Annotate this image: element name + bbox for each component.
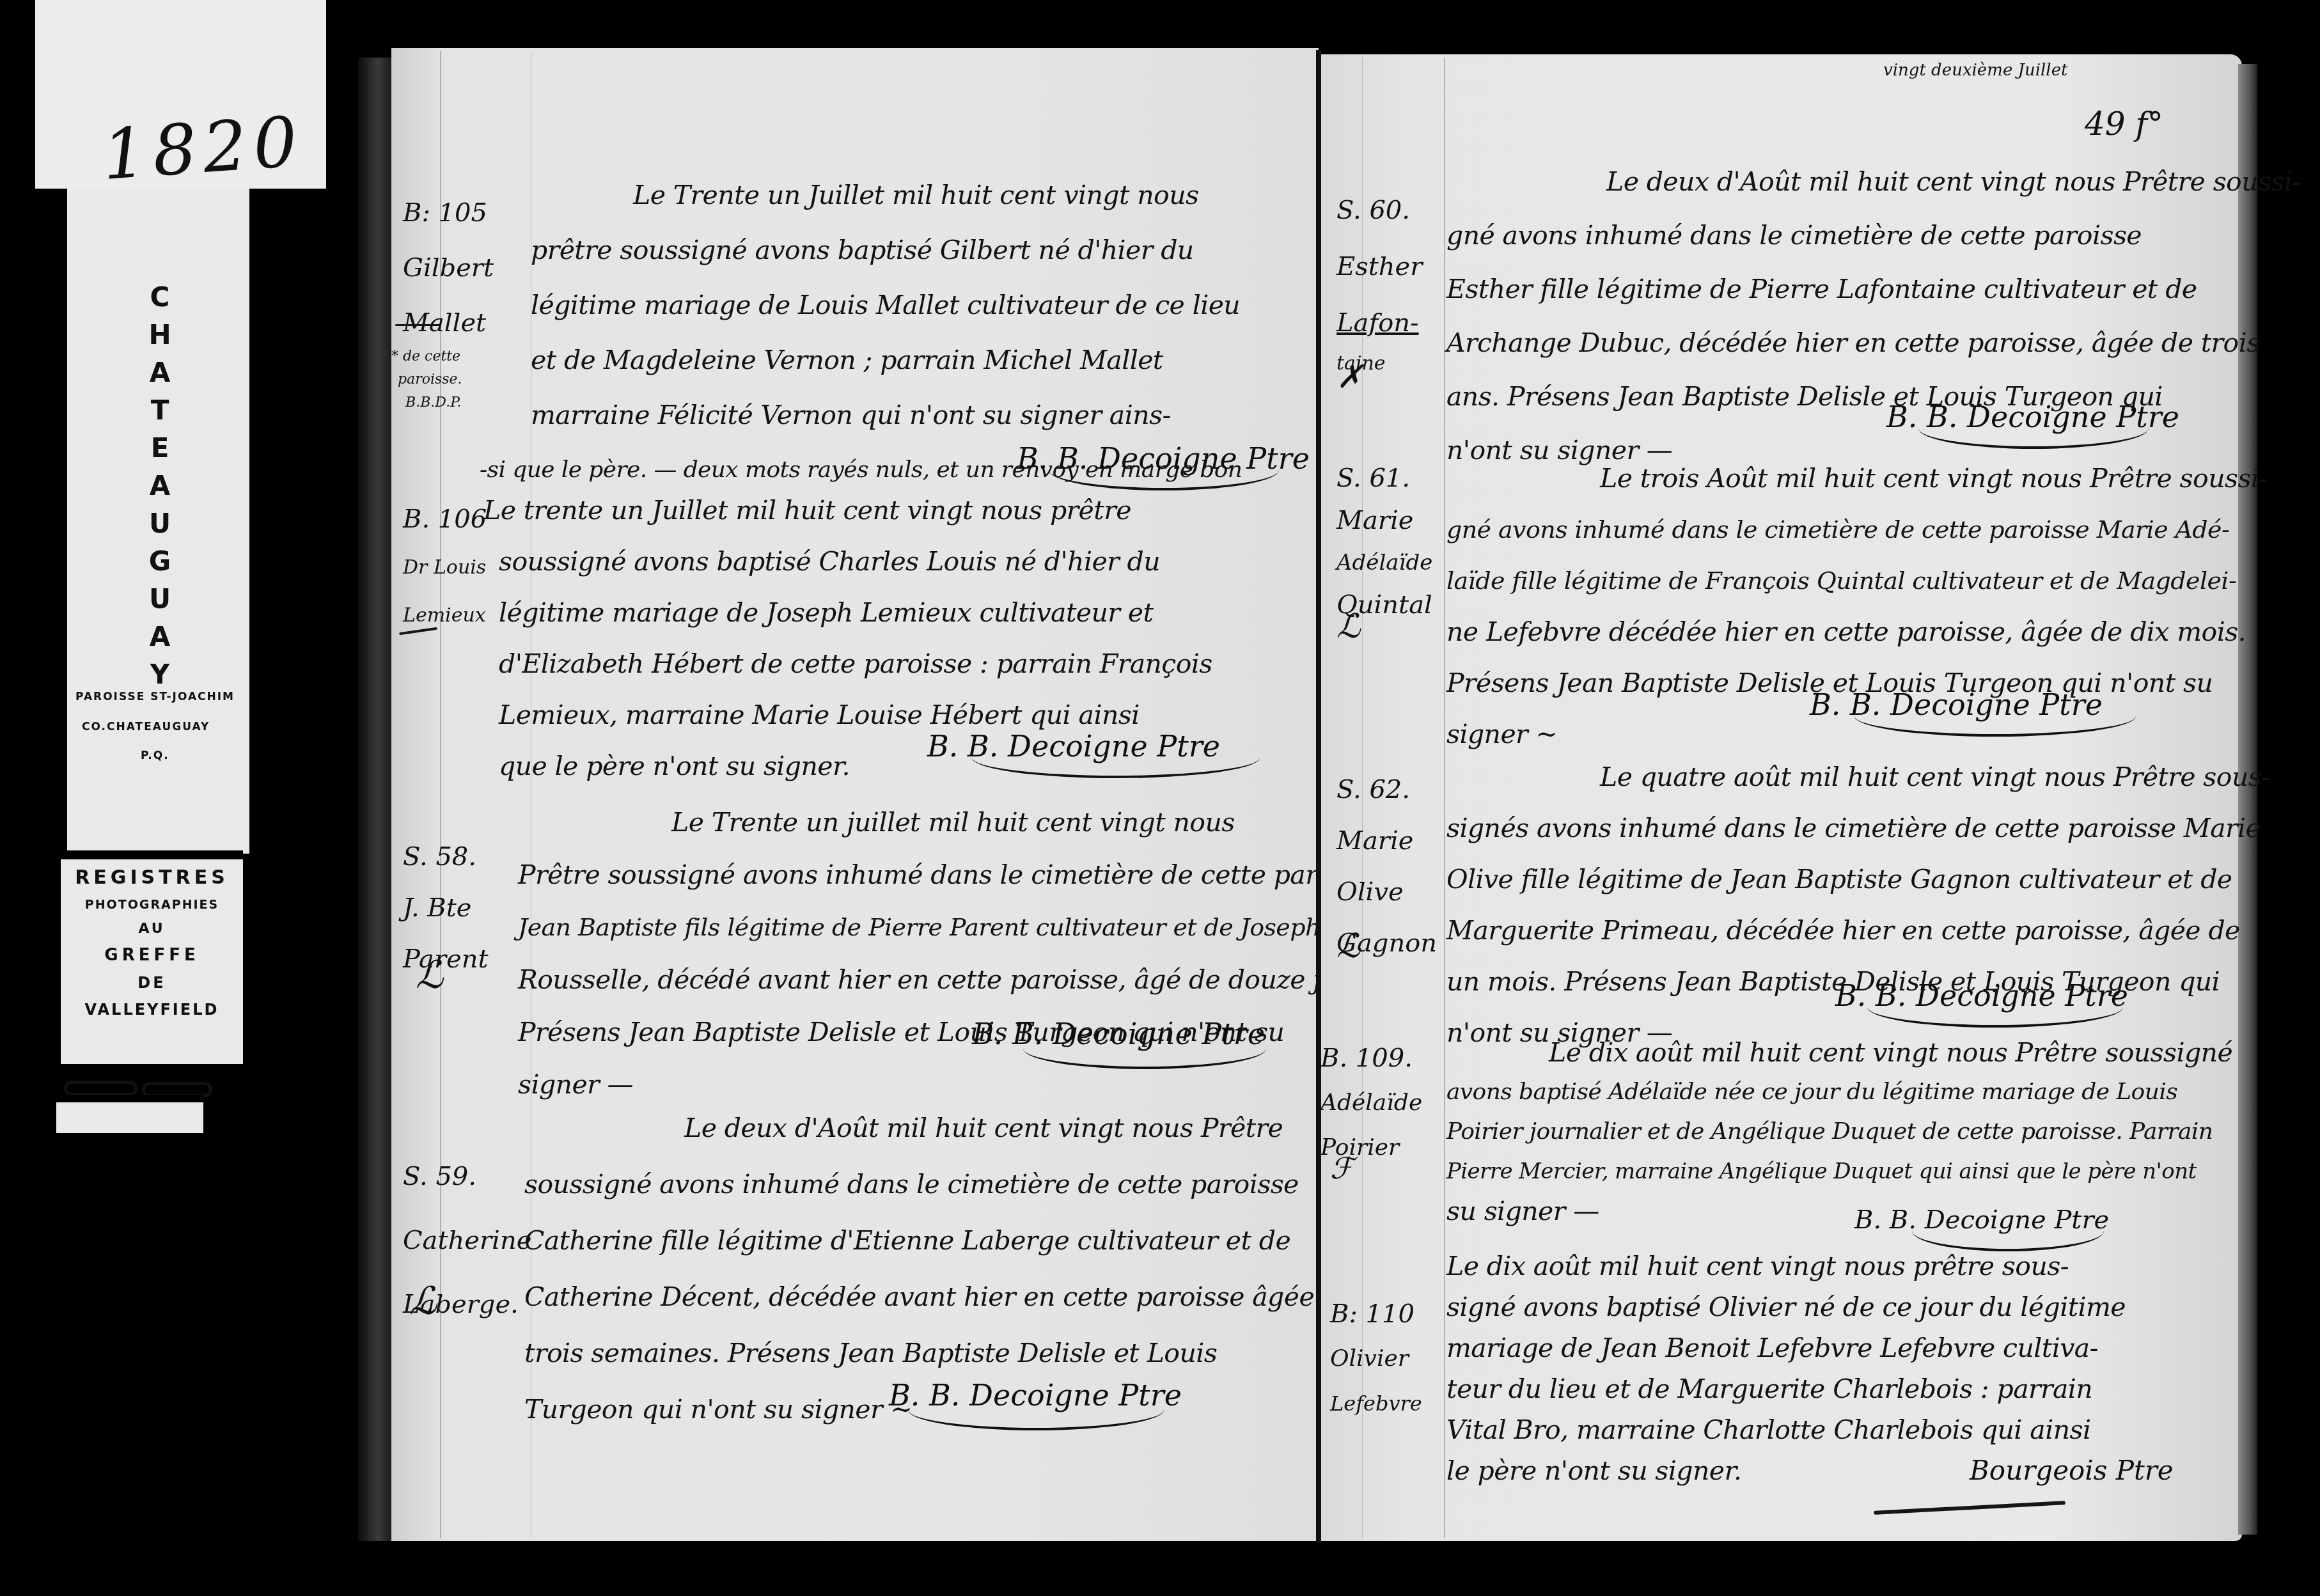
registry-line: REGISTRES: [75, 866, 229, 889]
entry-line: Le trois Août mil huit cent vingt nous P…: [1446, 453, 2268, 504]
entry-line: mariage de Jean Benoit Lefebvre Lefebvre…: [1446, 1327, 2126, 1368]
place-letter: E: [151, 432, 169, 464]
entry-line: Catherine Décent, décédée avant hier en …: [441, 1269, 1354, 1325]
entry-line: signés avons inhumé dans le cimetière de…: [1446, 802, 2269, 854]
entry-line: signé avons baptisé Olivier né de ce jou…: [1446, 1287, 2126, 1327]
parish-text: PAROISSE ST-JOACHIM: [75, 691, 235, 703]
entry-line: et de Magdeleine Vernon ; parrain Michel…: [441, 332, 1242, 387]
registry-line: VALLEYFIELD: [85, 1001, 219, 1019]
province-text: P.Q.: [141, 749, 169, 762]
priest-signature: B. B. Decoigne Ptre: [972, 1017, 1265, 1051]
registry-line: PHOTOGRAPHIES: [85, 898, 219, 912]
entry-line: su signer —: [1446, 1191, 2232, 1231]
place-letter: T: [151, 395, 169, 426]
entry-line: Catherine fille légitime d'Etienne Laber…: [441, 1212, 1354, 1269]
entry-line: Le trente un Juillet mil huit cent vingt…: [441, 485, 1212, 536]
place-letter: G: [149, 545, 171, 577]
entry-line: Pierre Mercier, marraine Angélique Duque…: [1446, 1152, 2232, 1191]
entry-number: B: 110: [1330, 1292, 1422, 1336]
margin-name-2: Adélaïde: [1336, 542, 1432, 584]
place-letter: H: [148, 319, 171, 350]
registry-line: AU: [138, 921, 165, 937]
entry-text-b109: Le dix août mil huit cent vingt nous Prê…: [1446, 1033, 2232, 1231]
book-gutter: [1316, 50, 1321, 1543]
entry-line: Esther fille légitime de Pierre Lafontai…: [1446, 262, 2301, 316]
entry-line: gné avons inhumé dans le cimetière de ce…: [1446, 208, 2301, 262]
margin-entry-s60: S. 60. Esther Lafon- taine: [1336, 182, 1422, 377]
entry-line: Rousselle, décédé avant hier en cette pa…: [441, 953, 1386, 1006]
place-letter: Y: [150, 659, 169, 690]
entry-line: avons baptisé Adélaïde née ce jour du lé…: [1446, 1072, 2232, 1112]
margin-name-2: Olive: [1336, 866, 1437, 918]
margin-entry-b110: B: 110 Olivier Lefebvre: [1330, 1292, 1422, 1426]
entry-line: prêtre soussigné avons baptisé Gilbert n…: [441, 223, 1242, 278]
entry-line: Le dix août mil huit cent vingt nous Prê…: [1446, 1033, 2232, 1072]
margin-paraph: ℒ: [1336, 607, 1360, 646]
margin-divider: [395, 324, 440, 326]
margin-name: Esther: [1336, 239, 1422, 295]
entry-line: Le dix août mil huit cent vingt nous prê…: [1446, 1246, 2126, 1287]
entry-line: Le Trente un Juillet mil huit cent vingt…: [441, 168, 1242, 223]
entry-line: Archange Dubuc, décédée hier en cette pa…: [1446, 316, 2301, 370]
right-margin-rule: [1444, 58, 1445, 1538]
entry-line: ne Lefebvre décédée hier en cette parois…: [1446, 606, 2268, 657]
priest-signature: Bourgeois Ptre: [1970, 1455, 2174, 1486]
entry-text-s58: Le Trente un juillet mil huit cent vingt…: [441, 796, 1386, 1111]
margin-name: Olivier: [1330, 1336, 1422, 1381]
margin-entry-s61: S. 61. Marie Adélaïde Quintal: [1336, 457, 1432, 626]
place-name-vertical: C H A T E A U G U A Y: [144, 281, 176, 690]
place-letter: A: [150, 357, 171, 388]
place-letter: A: [150, 470, 171, 501]
place-letter: U: [149, 508, 171, 539]
margin-paraph: ℱ: [1330, 1151, 1353, 1185]
entry-number: S. 60.: [1336, 182, 1422, 239]
place-letter: U: [149, 583, 171, 614]
entry-number: B. 109.: [1321, 1036, 1422, 1081]
entry-line: soussigné avons baptisé Charles Louis né…: [441, 536, 1212, 587]
entry-number: S. 62.: [1336, 764, 1437, 815]
margin-surname: Lafon-: [1336, 295, 1422, 351]
county-text: CO.CHATEAUGUAY: [82, 721, 210, 733]
entry-line: laïde fille légitime de François Quintal…: [1446, 555, 2268, 606]
margin-name: Marie: [1336, 499, 1432, 542]
paper-clip-left: [64, 1081, 137, 1096]
entry-line: soussigné avons inhumé dans le cimetière…: [441, 1156, 1354, 1212]
place-letter: C: [150, 281, 170, 313]
entry-line: d'Elizabeth Hébert de cette paroisse : p…: [441, 638, 1212, 689]
entry-line: Jean Baptiste fils légitime de Pierre Pa…: [441, 901, 1386, 953]
entry-line: Poirier journalier et de Angélique Duque…: [1446, 1112, 2232, 1152]
entry-line: Olive fille légitime de Jean Baptiste Ga…: [1446, 854, 2269, 905]
margin-name: Adélaïde: [1321, 1081, 1422, 1125]
running-head: vingt deuxième Juillet: [1883, 61, 2068, 80]
place-letter: A: [150, 621, 171, 652]
left-page-edge: [358, 58, 391, 1541]
margin-entry-b109: B. 109. Adélaïde Poirier: [1321, 1036, 1422, 1170]
entry-line: Marguerite Primeau, décédée hier en cett…: [1446, 905, 2269, 956]
entry-line: Le deux d'Août mil huit cent vingt nous …: [1446, 155, 2301, 208]
priest-signature: B. B. Decoigne Ptre: [889, 1378, 1182, 1412]
registry-text-block: REGISTRES PHOTOGRAPHIES AU GREFFE DE VAL…: [61, 866, 243, 1019]
label-bottom-tab: [56, 1095, 203, 1133]
entry-line: Le Trente un juillet mil huit cent vingt…: [441, 796, 1386, 849]
entry-line: Le deux d'Août mil huit cent vingt nous …: [441, 1100, 1354, 1156]
margin-paraph: ✗: [1336, 358, 1363, 395]
entry-line: Vital Bro, marraine Charlotte Charlebois…: [1446, 1409, 2126, 1450]
margin-paraph: ℒ: [409, 1279, 437, 1324]
margin-paraph: ℒ: [1336, 927, 1360, 966]
entry-line: Prêtre soussigné avons inhumé dans le ci…: [441, 849, 1386, 901]
margin-surname: Lefebvre: [1330, 1381, 1422, 1426]
entry-line: trois semaines. Présens Jean Baptiste De…: [441, 1325, 1354, 1381]
entry-line: légitime mariage de Louis Mallet cultiva…: [441, 278, 1242, 332]
folio-number: 49 f°: [2085, 106, 2163, 143]
margin-name: Marie: [1336, 815, 1437, 866]
registry-line: DE: [137, 974, 166, 992]
registry-line: GREFFE: [104, 946, 199, 965]
entry-line: Le quatre août mil huit cent vingt nous …: [1446, 751, 2269, 802]
entry-line: gné avons inhumé dans le cimetière de ce…: [1446, 504, 2268, 555]
entry-line: marraine Félicité Vernon qui n'ont su si…: [441, 387, 1242, 442]
entry-number: S. 61.: [1336, 457, 1432, 499]
entry-line: légitime mariage de Joseph Lemieux culti…: [441, 587, 1212, 638]
entry-line: teur du lieu et de Marguerite Charlebois…: [1446, 1368, 2126, 1409]
margin-paraph: ℒ: [416, 953, 443, 997]
year-text: 1820: [100, 102, 306, 196]
